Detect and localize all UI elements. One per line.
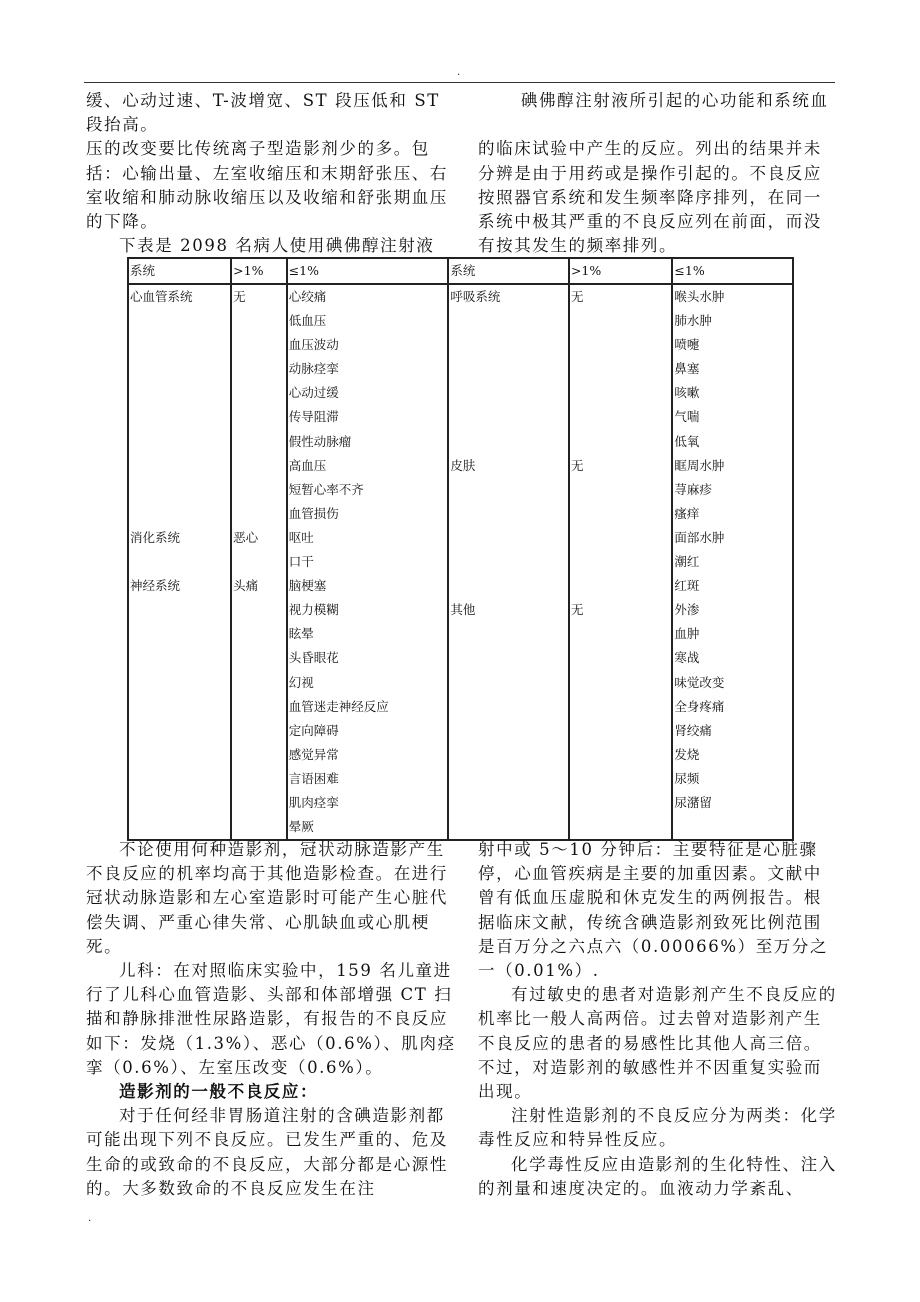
cell-gt1: 无 (569, 454, 672, 478)
table-row: 假性动脉瘤低氧 (128, 430, 793, 454)
table-row: 心动过缓咳嗽 (128, 381, 793, 405)
cell-gt1 (569, 574, 672, 598)
cell-le1: 血肿 (672, 622, 793, 646)
cell-gt1 (569, 695, 672, 719)
cell-system (448, 309, 569, 333)
cell-gt1 (231, 405, 287, 429)
cell-system: 呼吸系统 (448, 284, 569, 309)
cell-system (448, 526, 569, 550)
cell-gt1 (231, 767, 287, 791)
cell-system (448, 357, 569, 381)
cell-le1: 面部水肿 (672, 526, 793, 550)
table-row: 短暂心率不齐荨麻疹 (128, 478, 793, 502)
cell-le1: 肾绞痛 (672, 719, 793, 743)
table-row: 传导阻滞气喘 (128, 405, 793, 429)
cell-gt1 (569, 309, 672, 333)
table-row: 消化系统恶心呕吐面部水肿 (128, 526, 793, 550)
cell-system (448, 502, 569, 526)
paragraph: 的临床试验中产生的反应。列出的结果并未分辨是由于用药或是操作引起的。不良反应按照… (478, 137, 834, 258)
cell-le1: 心动过缓 (287, 381, 449, 405)
cell-gt1: 无 (569, 598, 672, 622)
paragraph: 压的改变要比传统离子型造影剂少的多。包括：心输出量、左室收缩压和末期舒张压、右室… (86, 137, 458, 234)
cell-system (448, 671, 569, 695)
cell-system (448, 405, 569, 429)
cell-le1: 口干 (287, 550, 449, 574)
cell-gt1 (569, 550, 672, 574)
cell-system: 消化系统 (128, 526, 231, 550)
spacer (478, 113, 834, 137)
table-row: 头昏眼花寒战 (128, 646, 793, 670)
cell-system (128, 646, 231, 670)
table-row: 肌肉痉挛尿潴留 (128, 791, 793, 815)
paragraph: 化学毒性反应由造影剂的生化特性、注入的剂量和速度决定的。血液动力学紊乱、 (478, 1153, 838, 1201)
cell-le1: 定向障碍 (287, 719, 449, 743)
cell-system (128, 381, 231, 405)
table-row: 神经系统头痛脑梗塞红斑 (128, 574, 793, 598)
cell-gt1: 恶心 (231, 526, 287, 550)
table-row: 眩晕血肿 (128, 622, 793, 646)
cell-system (128, 309, 231, 333)
left-column-bottom: 不论使用何种造影剂，冠状动脉造影产生不良反应的机率均高于其他造影检查。在进行冠状… (86, 838, 458, 1201)
cell-gt1 (231, 622, 287, 646)
cell-le1: 肌肉痉挛 (287, 791, 449, 815)
cell-system (128, 478, 231, 502)
cell-le1: 味觉改变 (672, 671, 793, 695)
cell-le1: 外渗 (672, 598, 793, 622)
cell-le1: 鼻塞 (672, 357, 793, 381)
cell-system (448, 381, 569, 405)
cell-system (128, 671, 231, 695)
cell-gt1 (231, 381, 287, 405)
cell-gt1 (569, 333, 672, 357)
cell-le1: 呕吐 (287, 526, 449, 550)
cell-system (128, 767, 231, 791)
cell-gt1 (231, 743, 287, 767)
cell-gt1 (569, 502, 672, 526)
cell-le1: 气喘 (672, 405, 793, 429)
cell-gt1 (569, 671, 672, 695)
cell-system (128, 719, 231, 743)
cell-system (448, 646, 569, 670)
cell-gt1 (231, 550, 287, 574)
cell-system (448, 430, 569, 454)
cell-le1: 视力模糊 (287, 598, 449, 622)
header-rule (84, 82, 835, 83)
cell-system (448, 767, 569, 791)
cell-le1: 动脉痉挛 (287, 357, 449, 381)
table-row: 低血压肺水肿 (128, 309, 793, 333)
page-footer-marker: . (88, 1214, 91, 1224)
cell-le1: 假性动脉瘤 (287, 430, 449, 454)
cell-system (448, 550, 569, 574)
cell-system (448, 743, 569, 767)
cell-system (448, 574, 569, 598)
table-row: 定向障碍肾绞痛 (128, 719, 793, 743)
cell-system: 其他 (448, 598, 569, 622)
table-row: 晕厥 (128, 815, 793, 840)
cell-le1: 言语困难 (287, 767, 449, 791)
cell-le1: 晕厥 (287, 815, 449, 840)
cell-le1: 眩晕 (287, 622, 449, 646)
page-header-marker: . (457, 68, 460, 78)
table-row: 幻视味觉改变 (128, 671, 793, 695)
table-row: 动脉痉挛鼻塞 (128, 357, 793, 381)
cell-le1: 脑梗塞 (287, 574, 449, 598)
cell-gt1 (569, 743, 672, 767)
table-row: 心血管系统无心绞痛呼吸系统无喉头水肿 (128, 284, 793, 309)
cell-gt1 (231, 695, 287, 719)
paragraph: 不论使用何种造影剂，冠状动脉造影产生不良反应的机率均高于其他造影检查。在进行冠状… (86, 838, 458, 959)
cell-gt1 (569, 646, 672, 670)
cell-le1: 心绞痛 (287, 284, 449, 309)
cell-le1: 红斑 (672, 574, 793, 598)
paragraph: 缓、心动过速、T-波增宽、ST 段压低和 ST 段抬高。 (86, 89, 458, 137)
cell-le1: 血压波动 (287, 333, 449, 357)
cell-system (128, 791, 231, 815)
table-row: 视力模糊其他无外渗 (128, 598, 793, 622)
cell-system (448, 333, 569, 357)
cell-le1 (672, 815, 793, 840)
cell-le1: 肺水肿 (672, 309, 793, 333)
header-le1: ≤1% (672, 258, 793, 284)
paragraph: 下表是 2098 名病人使用碘佛醇注射液 (86, 234, 458, 258)
cell-system: 皮肤 (448, 454, 569, 478)
cell-le1: 全身疼痛 (672, 695, 793, 719)
right-column-bottom: 射中或 5～10 分钟后：主要特征是心脏骤停，心血管疾病是主要的加重因素。文献中… (478, 838, 838, 1201)
cell-le1: 尿频 (672, 767, 793, 791)
adverse-reactions-table: 系统 >1% ≤1% 系统 >1% ≤1% 心血管系统无心绞痛呼吸系统无喉头水肿… (127, 257, 794, 841)
cell-system (128, 333, 231, 357)
paragraph: 儿科：在对照临床实验中，159 名儿童进行了儿科心血管造影、头部和体部增强 CT… (86, 959, 458, 1080)
header-le1: ≤1% (287, 258, 449, 284)
cell-gt1: 无 (231, 284, 287, 309)
cell-system: 心血管系统 (128, 284, 231, 309)
cell-le1: 头昏眼花 (287, 646, 449, 670)
table-row: 口干潮红 (128, 550, 793, 574)
header-gt1: >1% (569, 258, 672, 284)
cell-le1: 荨麻疹 (672, 478, 793, 502)
cell-le1: 低氧 (672, 430, 793, 454)
cell-system (128, 357, 231, 381)
table-row: 血管损伤瘙痒 (128, 502, 793, 526)
section-heading: 造影剂的一般不良反应： (86, 1080, 458, 1104)
paragraph: 射中或 5～10 分钟后：主要特征是心脏骤停，心血管疾病是主要的加重因素。文献中… (478, 838, 838, 983)
table-row: 言语困难尿频 (128, 767, 793, 791)
cell-gt1: 无 (569, 284, 672, 309)
cell-le1: 眶周水肿 (672, 454, 793, 478)
cell-gt1 (231, 791, 287, 815)
cell-gt1 (569, 405, 672, 429)
cell-gt1 (569, 430, 672, 454)
cell-gt1 (231, 309, 287, 333)
cell-le1: 寒战 (672, 646, 793, 670)
cell-gt1 (231, 646, 287, 670)
cell-gt1 (231, 598, 287, 622)
cell-system (448, 815, 569, 840)
cell-system: 神经系统 (128, 574, 231, 598)
cell-gt1 (231, 357, 287, 381)
cell-gt1 (231, 454, 287, 478)
cell-gt1 (569, 357, 672, 381)
right-column-top: 碘佛醇注射液所引起的心功能和系统血 的临床试验中产生的反应。列出的结果并未分辨是… (478, 89, 834, 258)
cell-gt1 (569, 526, 672, 550)
cell-system (448, 695, 569, 719)
cell-gt1 (231, 478, 287, 502)
cell-system (448, 622, 569, 646)
cell-le1: 感觉异常 (287, 743, 449, 767)
paragraph: 碘佛醇注射液所引起的心功能和系统血 (478, 89, 834, 113)
cell-le1: 短暂心率不齐 (287, 478, 449, 502)
cell-system (128, 695, 231, 719)
cell-system (128, 502, 231, 526)
cell-system (448, 478, 569, 502)
cell-le1: 幻视 (287, 671, 449, 695)
cell-le1: 瘙痒 (672, 502, 793, 526)
cell-gt1 (231, 671, 287, 695)
cell-le1: 高血压 (287, 454, 449, 478)
cell-system (128, 430, 231, 454)
header-system: 系统 (128, 258, 231, 284)
cell-system (448, 719, 569, 743)
cell-le1: 发烧 (672, 743, 793, 767)
table-row: 感觉异常发烧 (128, 743, 793, 767)
cell-system (128, 598, 231, 622)
cell-system (448, 791, 569, 815)
cell-le1: 血管损伤 (287, 502, 449, 526)
paragraph: 有过敏史的患者对造影剂产生不良反应的机率比一般人高两倍。过去曾对造影剂产生不良反… (478, 983, 838, 1104)
cell-gt1 (231, 333, 287, 357)
header-gt1: >1% (231, 258, 287, 284)
cell-gt1 (569, 381, 672, 405)
cell-system (128, 815, 231, 840)
cell-gt1 (231, 719, 287, 743)
cell-le1: 低血压 (287, 309, 449, 333)
cell-le1: 咳嗽 (672, 381, 793, 405)
paragraph: 对于任何经非胃肠道注射的含碘造影剂都可能出现下列不良反应。已发生严重的、危及生命… (86, 1104, 458, 1201)
cell-gt1 (569, 478, 672, 502)
cell-system (128, 405, 231, 429)
table-row: 血压波动喷嚏 (128, 333, 793, 357)
cell-gt1 (569, 767, 672, 791)
cell-gt1: 头痛 (231, 574, 287, 598)
cell-le1: 传导阻滞 (287, 405, 449, 429)
header-system: 系统 (448, 258, 569, 284)
cell-system (128, 550, 231, 574)
cell-le1: 血管迷走神经反应 (287, 695, 449, 719)
cell-system (128, 622, 231, 646)
cell-gt1 (569, 815, 672, 840)
cell-system (128, 454, 231, 478)
table-header-row: 系统 >1% ≤1% 系统 >1% ≤1% (128, 258, 793, 284)
cell-le1: 潮红 (672, 550, 793, 574)
cell-gt1 (231, 430, 287, 454)
table-row: 血管迷走神经反应全身疼痛 (128, 695, 793, 719)
cell-gt1 (569, 791, 672, 815)
cell-gt1 (569, 719, 672, 743)
table-row: 高血压皮肤无眶周水肿 (128, 454, 793, 478)
cell-le1: 喷嚏 (672, 333, 793, 357)
left-column-top: 缓、心动过速、T-波增宽、ST 段压低和 ST 段抬高。 压的改变要比传统离子型… (86, 89, 458, 258)
paragraph: 注射性造影剂的不良反应分为两类：化学毒性反应和特异性反应。 (478, 1104, 838, 1152)
cell-le1: 尿潴留 (672, 791, 793, 815)
cell-le1: 喉头水肿 (672, 284, 793, 309)
cell-system (128, 743, 231, 767)
cell-gt1 (231, 815, 287, 840)
cell-gt1 (569, 622, 672, 646)
cell-gt1 (231, 502, 287, 526)
